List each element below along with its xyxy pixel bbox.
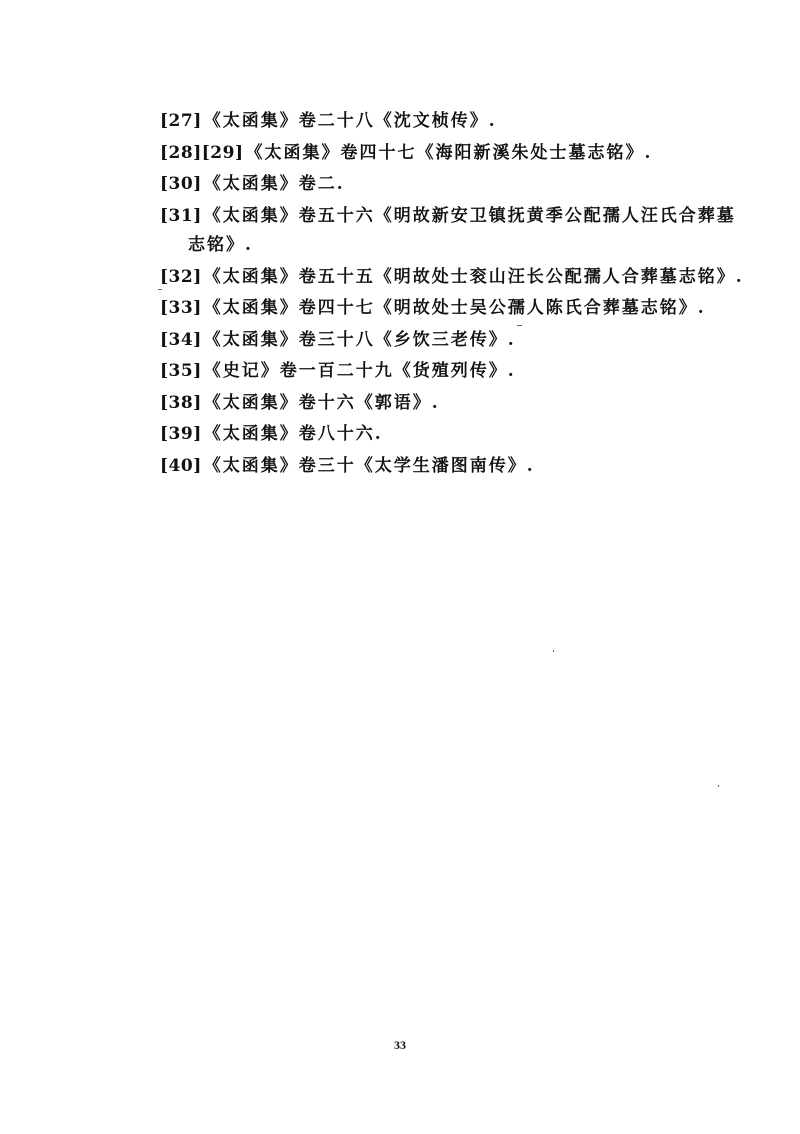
- footnote-34: [34]《太函集》卷三十八《乡饮三老传》.: [160, 325, 740, 357]
- footnote-40: [40]《太函集》卷三十《太学生潘图南传》.: [160, 451, 740, 483]
- footnote-31-continuation: 志铭》.: [160, 230, 740, 262]
- footnote-33: [33]《太函集》卷四十七《明故处士吴公孺人陈氏合葬墓志铭》.: [160, 293, 740, 325]
- footnote-31: [31]《太函集》卷五十六《明故新安卫镇抚黄季公配孺人汪氏合葬墓: [160, 201, 740, 233]
- footnotes-list: [27]《太函集》卷二十八《沈文桢传》. [28][29]《太函集》卷四十七《海…: [160, 106, 740, 482]
- footnote-28-29: [28][29]《太函集》卷四十七《海阳新溪朱处士墓志铭》.: [160, 138, 740, 170]
- scan-speck: [553, 650, 554, 652]
- scan-speck: [718, 785, 719, 787]
- footnote-27: [27]《太函集》卷二十八《沈文桢传》.: [160, 106, 740, 138]
- footnote-35: [35]《史记》卷一百二十九《货殖列传》.: [160, 356, 740, 388]
- footnote-38: [38]《太函集》卷十六《郭语》.: [160, 388, 740, 420]
- scan-speck: [158, 289, 162, 290]
- footnote-30: [30]《太函集》卷二.: [160, 169, 740, 201]
- scan-speck: [517, 325, 522, 326]
- page-number: 33: [0, 1038, 800, 1053]
- footnote-39: [39]《太函集》卷八十六.: [160, 419, 740, 451]
- footnote-32: [32]《太函集》卷五十五《明故处士衮山汪长公配孺人合葬墓志铭》.: [160, 262, 740, 294]
